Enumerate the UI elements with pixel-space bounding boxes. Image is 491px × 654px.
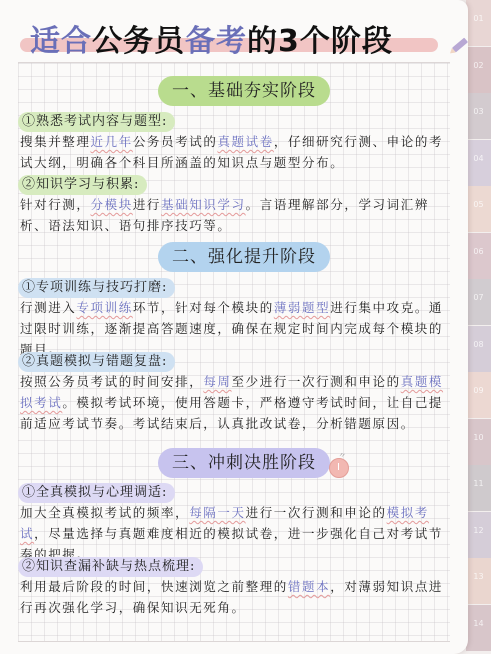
page-tab-01[interactable]: 01 (466, 0, 491, 46)
page-tab-03[interactable]: 03 (466, 93, 491, 139)
pencil-icon (452, 38, 468, 53)
stage-1-item-2-label: ②知识学习与积累: (18, 175, 147, 195)
text-segment: 进行 (133, 197, 161, 212)
title-area: 适合公务员备考的3个阶段 (20, 12, 450, 58)
notebook-page: 适合公务员备考的3个阶段 一、基础夯实阶段 ①熟悉考试内容与题型: 搜集并整理近… (0, 0, 468, 654)
title-accent-1: 适合 (30, 24, 92, 59)
stage-3-item-2-label: ②知识查漏补缺与热点梳理: (18, 557, 203, 577)
alarm-clock-icon (329, 458, 349, 478)
page-tab-06[interactable]: 06 (466, 233, 491, 279)
page-tab-13[interactable]: 13 (466, 558, 491, 604)
page-tab-11[interactable]: 11 (466, 465, 491, 511)
page-tab-09[interactable]: 09 (466, 372, 491, 418)
stage-2-item-1-text: 行测进入专项训练环节，针对每个模块的薄弱题型进行集中攻克。通过限时训练，逐渐提高… (20, 297, 450, 360)
title-plain-1: 公务员 (92, 24, 185, 59)
text-segment: 环节，针对每个模块的 (133, 300, 274, 315)
text-segment: 行测进入 (20, 300, 76, 315)
stage-2-item-2-text: 按照公务员考试的时间安排，每周至少进行一次行测和申论的真题模拟考试。模拟考试环境… (20, 371, 450, 434)
text-segment: 。模拟考试环境，使用答题卡，严格遵守考试时间，让自己提前适应考试节奏。考试结束后… (20, 395, 443, 431)
text-segment: 搜集并整理 (20, 134, 91, 149)
page-tab-07[interactable]: 07 (466, 279, 491, 325)
keyword-highlight: 错题本 (288, 579, 330, 594)
page-tab-12[interactable]: 12 (466, 512, 491, 558)
page-title: 适合公务员备考的3个阶段 (30, 16, 393, 60)
keyword-highlight: 专项训练 (76, 300, 132, 315)
text-segment: 进行一次行测和申论的 (246, 505, 387, 520)
page-tab-05[interactable]: 05 (466, 186, 491, 232)
keyword-highlight: 近几年 (91, 134, 133, 149)
stage-1-heading: 一、基础夯实阶段 (158, 76, 330, 106)
keyword-highlight: 基础知识学习 (161, 197, 246, 212)
stage-2-item-2-label: ②真题模拟与错题复盘: (18, 352, 175, 372)
text-segment: 公务员考试的 (133, 134, 218, 149)
stage-1-item-1-label: ①熟悉考试内容与题型: (18, 112, 175, 132)
title-accent-2: 备考 (185, 24, 247, 59)
stage-2-heading: 二、强化提升阶段 (158, 242, 330, 272)
page-tab-10[interactable]: 10 (466, 419, 491, 465)
page-tab-08[interactable]: 08 (466, 326, 491, 372)
text-segment: 至少进行一次行测和申论的 (232, 374, 401, 389)
text-segment: 针对行测， (20, 197, 91, 212)
stage-1-item-1-text: 搜集并整理近几年公务员考试的真题试卷，仔细研究行测、申论的考试大纲，明确各个科目… (20, 131, 450, 173)
keyword-highlight: 薄弱题型 (274, 300, 330, 315)
stage-3-item-1-text: 加大全真模拟考试的频率，每隔一天进行一次行测和申论的模拟考试，尽量选择与真题难度… (20, 502, 450, 565)
keyword-highlight: 每隔一天 (189, 505, 245, 520)
page-tab-02[interactable]: 02 (466, 47, 491, 93)
stage-3-heading: 三、冲刺决胜阶段 (158, 448, 330, 478)
title-plain-2: 的3个阶段 (247, 24, 393, 59)
page-tab-04[interactable]: 04 (466, 140, 491, 186)
stage-3-item-2-text: 利用最后阶段的时间，快速浏览之前整理的错题本，对薄弱知识点进行再次强化学习，确保… (20, 576, 450, 618)
keyword-highlight: 真题试卷 (217, 134, 273, 149)
stage-2-item-1-label: ①专项训练与技巧打磨: (18, 278, 175, 298)
text-segment: 利用最后阶段的时间，快速浏览之前整理的 (20, 579, 288, 594)
stage-1-item-2-text: 针对行测，分模块进行基础知识学习。言语理解部分，学习词汇辨析、语法知识、语句排序… (20, 194, 450, 236)
text-segment: 加大全真模拟考试的频率， (20, 505, 189, 520)
keyword-highlight: 每周 (203, 374, 231, 389)
stage-3-item-1-label: ①全真模拟与心理调适: (18, 483, 175, 503)
page-index-tabs: 0102030405060708091011121314 (466, 0, 491, 654)
keyword-highlight: 分模块 (91, 197, 133, 212)
page-tab-14[interactable]: 14 (466, 605, 491, 651)
text-segment: 按照公务员考试的时间安排， (20, 374, 203, 389)
